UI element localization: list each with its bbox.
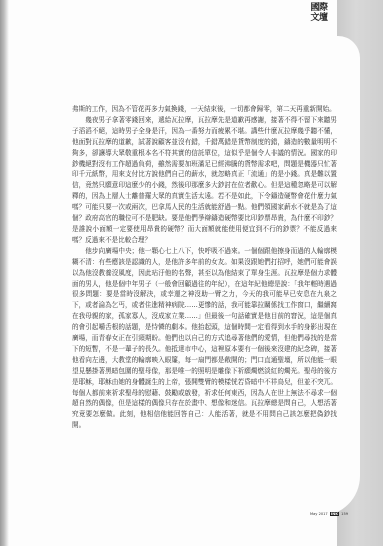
document-page: 國際 文壇 弗斯的工作，因為不管花再多力氣換錢，一天結束後，一切都會歸零，第二天… <box>0 0 383 546</box>
paragraph-3: 他步向廣場中央；他一顆心七上八下，快呼吸不過來。一個個跟他擦身而過的人輪廓模糊不… <box>72 246 337 431</box>
magazine-logo: INK <box>330 512 339 516</box>
masthead-line-1: 國際 <box>308 3 330 13</box>
issue-date: May 2017 <box>310 512 328 516</box>
paragraph-2: 幾夜男子拿著零錢回來，遞給瓦拉摩，瓦拉摩先是道歉再感謝，接著不得不留下來聽男子滔… <box>72 115 337 246</box>
masthead-line-2: 文壇 <box>308 13 330 23</box>
paragraph-1: 弗斯的工作，因為不管花再多力氣換錢，一天結束後，一切都會歸零，第二天再重新開始。 <box>72 104 337 115</box>
page-footer: May 2017 INK 159 <box>310 512 348 516</box>
section-masthead: 國際 文壇 <box>308 3 330 23</box>
article-body: 弗斯的工作，因為不管花再多力氣換錢，一天結束後，一切都會歸零，第二天再重新開始。… <box>72 104 337 431</box>
page-binding-shadow <box>0 0 9 546</box>
page-number: 159 <box>341 512 348 516</box>
